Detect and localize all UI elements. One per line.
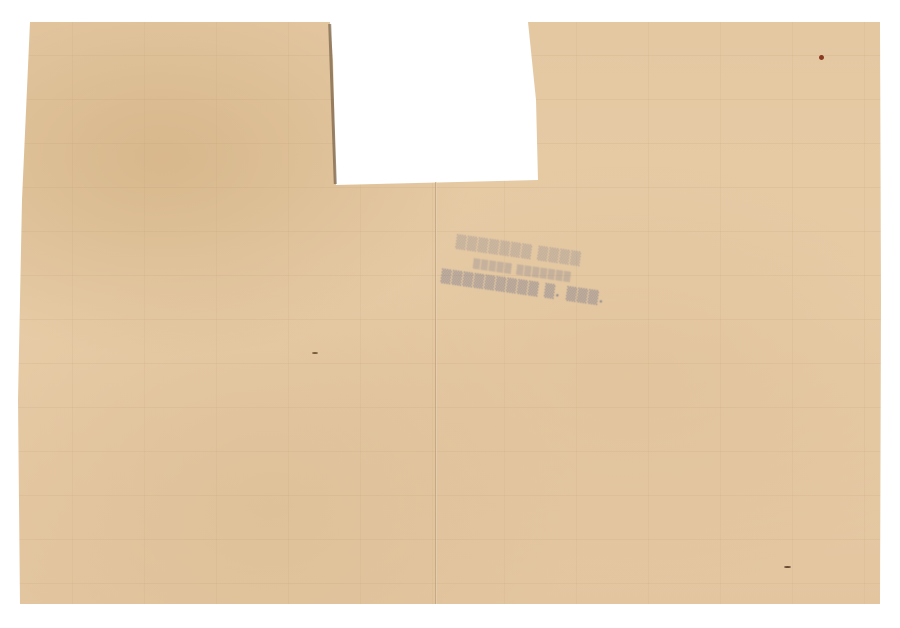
scanned-document: ▒▒▒▒▒▒▒ ▒▒▒▒ ▒▒▒▒▒ ▒▒▒▒▒▒▒ ▒▒▒▒▒▒▒▒▒ ▒. … xyxy=(0,0,900,628)
ink-speck xyxy=(784,566,791,568)
ink-speck xyxy=(312,352,318,354)
center-fold-line xyxy=(435,182,437,604)
ink-speck xyxy=(819,55,824,60)
